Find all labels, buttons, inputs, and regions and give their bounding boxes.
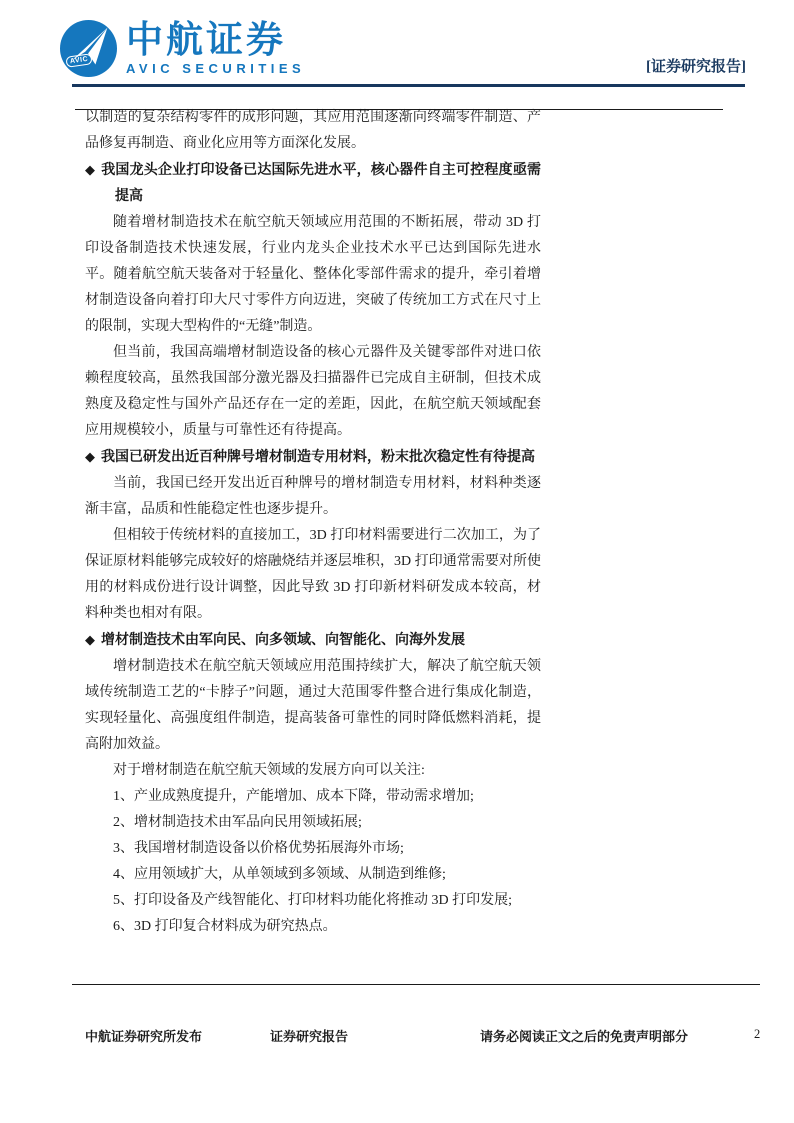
watch-point-item: 1、产业成熟度提升，产能增加、成本下降，带动需求增加; <box>85 784 541 810</box>
footer-rule <box>72 984 760 985</box>
body-paragraph: 对于增材制造在航空航天领域的发展方向可以关注: <box>85 758 541 784</box>
section-heading: ◆我国已研发出近百种牌号增材制造专用材料，粉末批次稳定性有待提高 <box>85 444 541 471</box>
intro-paragraph: 以制造的复杂结构零件的成形问题，其应用范围逐渐向终端零件制造、产品修复再制造、商… <box>85 105 541 157</box>
body-paragraph: 但当前，我国高端增材制造设备的核心元器件及关键零部件对进口依赖程度较高，虽然我国… <box>85 340 541 444</box>
footer-publisher: 中航证券研究所发布 <box>85 1026 202 1045</box>
section-heading: ◆增材制造技术由军向民、向多领域、向智能化、向海外发展 <box>85 627 541 654</box>
section-heading-text: 增材制造技术由军向民、向多领域、向智能化、向海外发展 <box>101 633 465 648</box>
footer-disclaimer: 请务必阅读正文之后的免责声明部分 <box>480 1026 688 1045</box>
diamond-bullet-icon: ◆ <box>85 449 95 464</box>
watch-point-item: 6、3D 打印复合材料成为研究热点。 <box>85 914 541 940</box>
report-type-tag: [证券研究报告] <box>626 55 746 76</box>
watch-point-item: 5、打印设备及产线智能化、打印材料功能化将推动 3D 打印发展; <box>85 888 541 914</box>
report-body: 以制造的复杂结构零件的成形问题，其应用范围逐渐向终端零件制造、产品修复再制造、商… <box>85 105 541 940</box>
body-paragraph: 随着增材制造技术在航空航天领域应用范围的不断拓展，带动 3D 打印设备制造技术快… <box>85 210 541 340</box>
body-paragraph: 但相较于传统材料的直接加工，3D 打印材料需要进行二次加工，为了保证原材料能够完… <box>85 523 541 627</box>
footer-doc-type: 证券研究报告 <box>270 1026 348 1045</box>
body-paragraph: 增材制造技术在航空航天领域应用范围持续扩大，解决了航空航天领域传统制造工艺的“卡… <box>85 654 541 758</box>
section-heading-text: 我国已研发出近百种牌号增材制造专用材料，粉末批次稳定性有待提高 <box>101 450 535 465</box>
avic-logo: AVIC 中航证券 AVIC SECURITIES <box>60 20 305 77</box>
diamond-bullet-icon: ◆ <box>85 632 95 647</box>
section-heading: ◆我国龙头企业打印设备已达国际先进水平，核心器件自主可控程度亟需提高 <box>85 157 541 210</box>
body-paragraph: 当前，我国已经开发出近百种牌号的增材制造专用材料，材料种类逐渐丰富，品质和性能稳… <box>85 471 541 523</box>
brand-name-en: AVIC SECURITIES <box>126 61 305 76</box>
watch-point-item: 4、应用领域扩大，从单领域到多领域、从制造到维修; <box>85 862 541 888</box>
diamond-bullet-icon: ◆ <box>85 162 95 177</box>
section-heading-text: 我国龙头企业打印设备已达国际先进水平，核心器件自主可控程度亟需提高 <box>101 163 541 204</box>
brand-block: 中航证券 AVIC SECURITIES <box>126 20 305 76</box>
report-page: AVIC 中航证券 AVIC SECURITIES [证券研究报告] 以制造的复… <box>0 0 794 1123</box>
header-rule-thick <box>72 84 745 87</box>
watch-point-item: 2、增材制造技术由军品向民用领域拓展; <box>85 810 541 836</box>
page-number: 2 <box>754 1027 760 1042</box>
watch-point-item: 3、我国增材制造设备以价格优势拓展海外市场; <box>85 836 541 862</box>
avic-logo-icon: AVIC <box>60 20 117 77</box>
brand-name-cn: 中航证券 <box>126 20 305 60</box>
